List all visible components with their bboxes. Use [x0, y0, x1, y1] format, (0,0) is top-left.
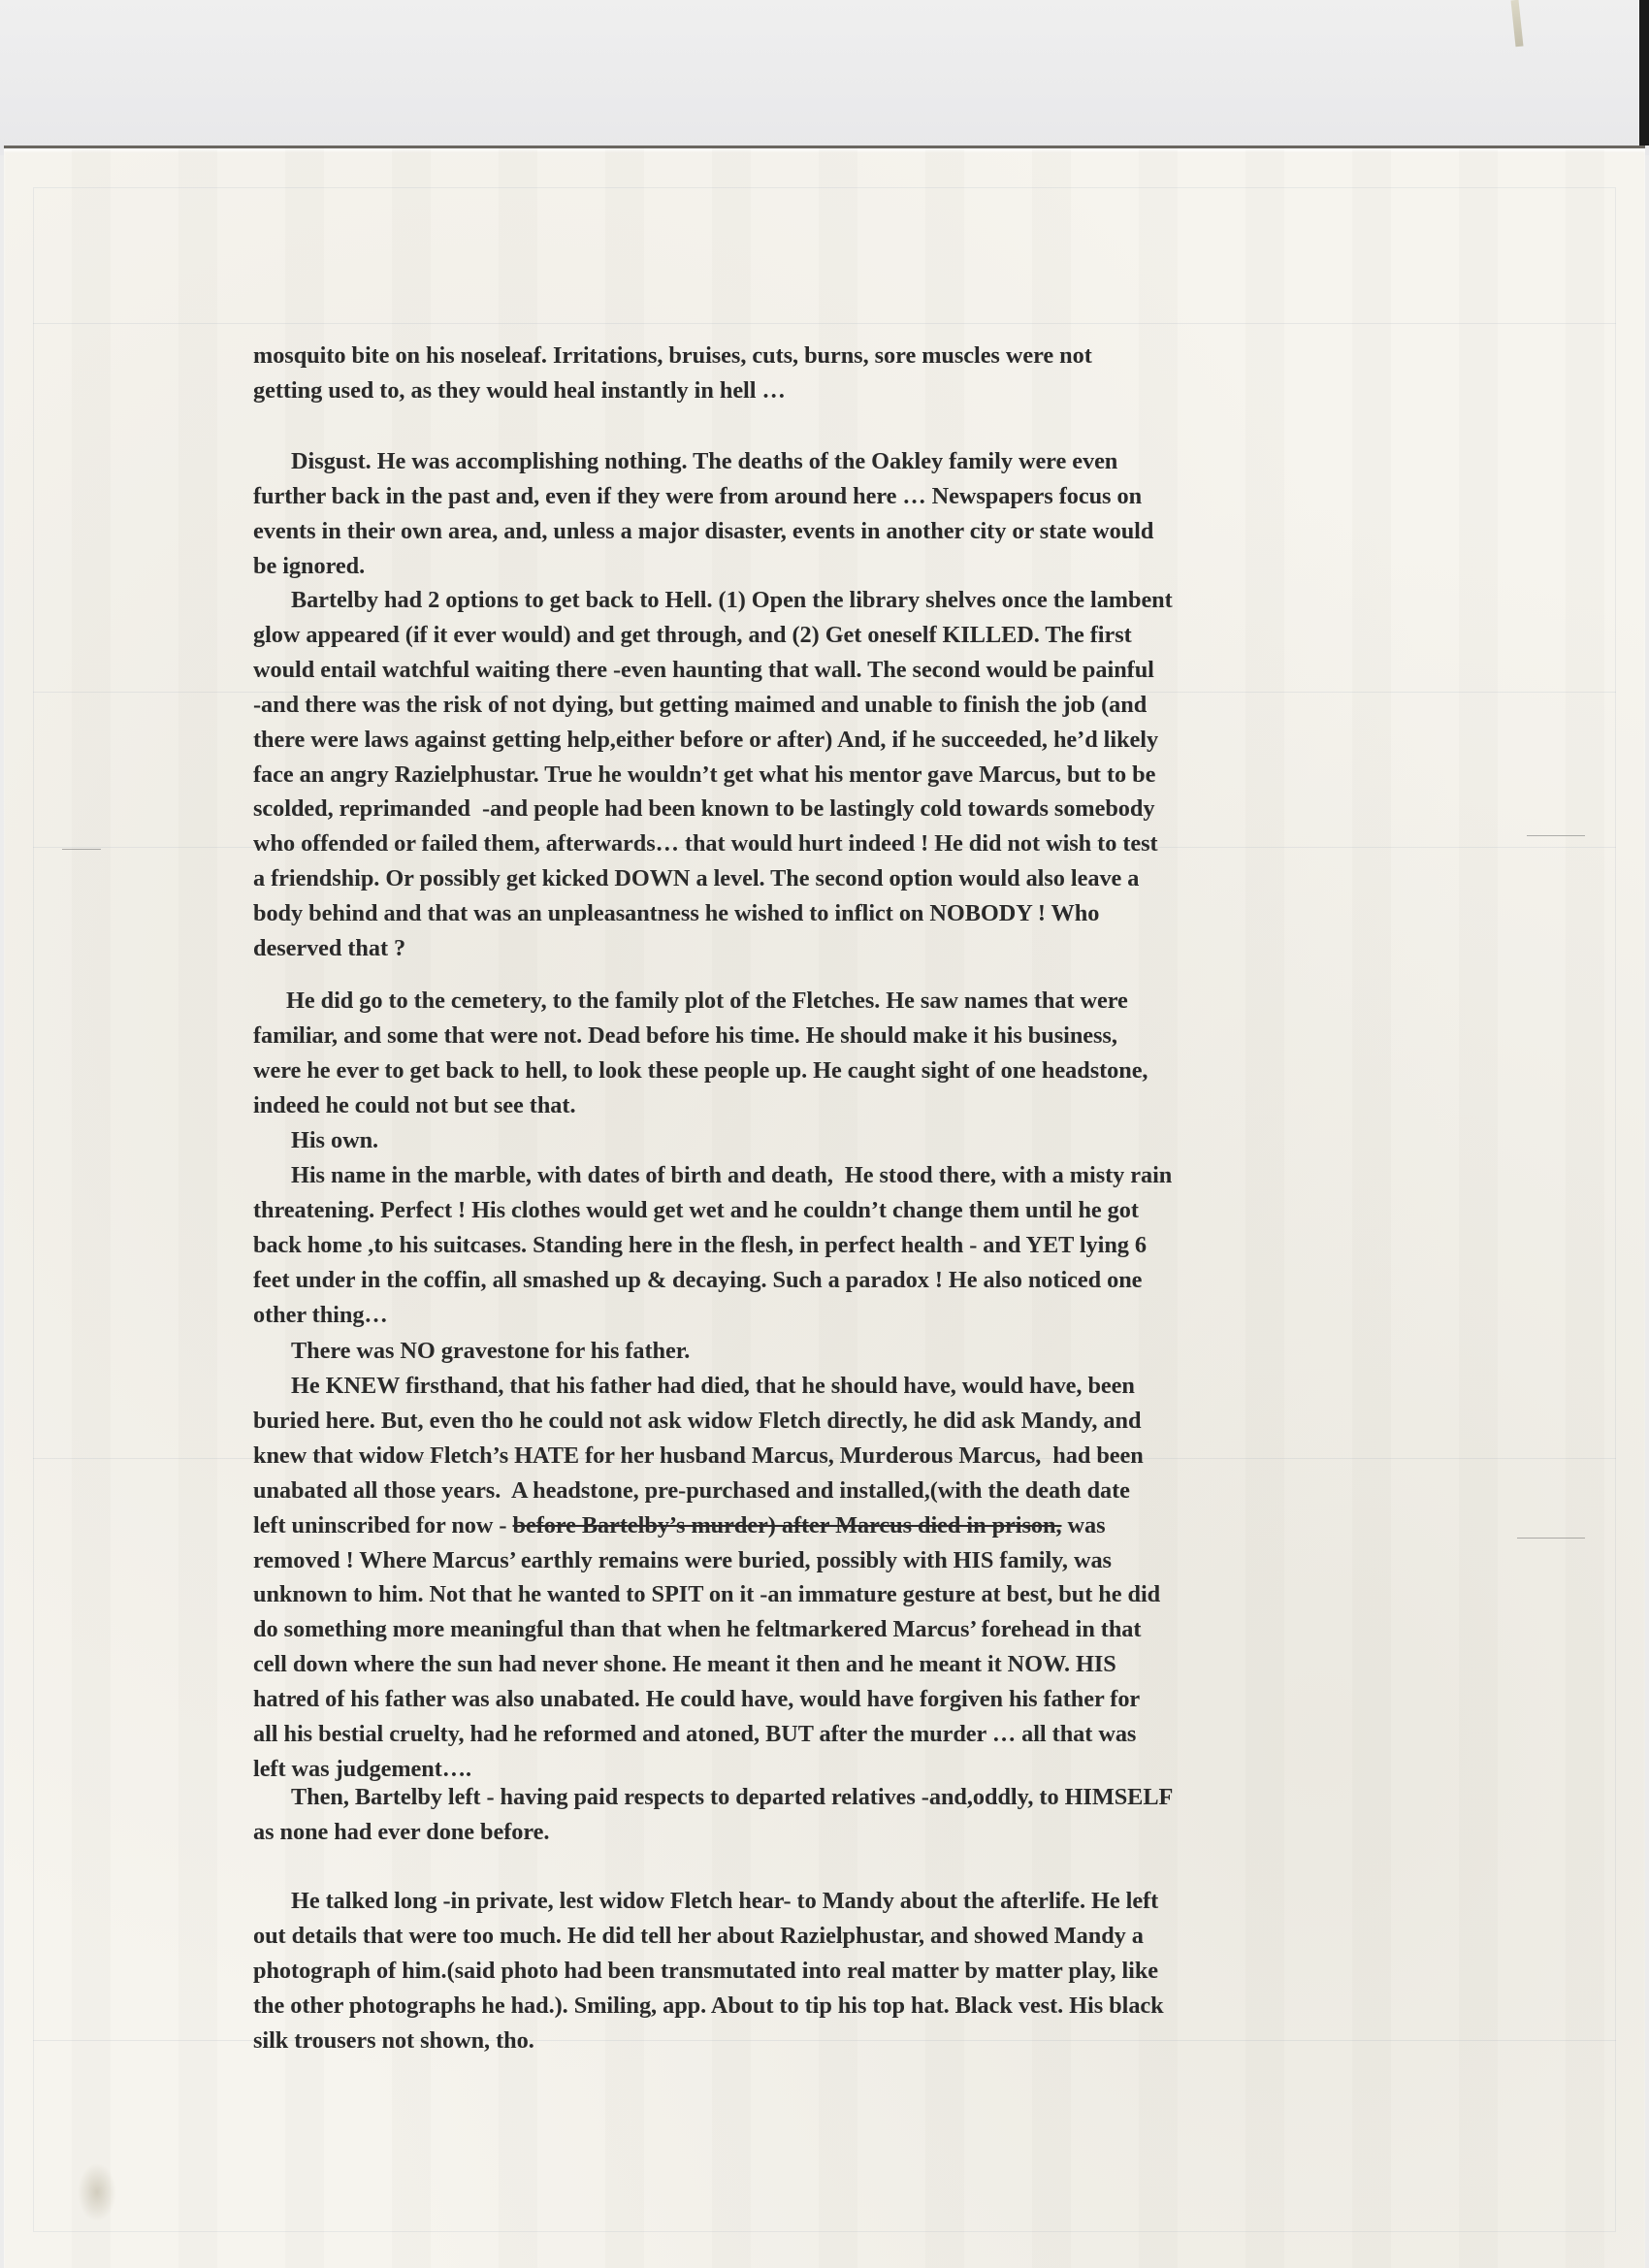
text-line: who offended or failed them, afterwards…… [253, 829, 1158, 859]
text-line: a friendship. Or possibly get kicked DOW… [253, 864, 1139, 893]
text-line: knew that widow Fletch’s HATE for her hu… [253, 1442, 1144, 1471]
text-line: He talked long -in private, lest widow F… [291, 1887, 1158, 1916]
text-line: His name in the marble, with dates of bi… [291, 1161, 1172, 1190]
text-line: getting used to, as they would heal inst… [253, 376, 786, 405]
text-line: do something more meaningful than that w… [253, 1615, 1141, 1644]
text-segment: was [1061, 1512, 1105, 1539]
text-line: familiar, and some that were not. Dead b… [253, 1021, 1117, 1051]
text-line: out details that were too much. He did t… [253, 1922, 1144, 1951]
text-line: other thing… [253, 1301, 388, 1330]
text-line: He did go to the cemetery, to the family… [286, 987, 1128, 1016]
text-line: threatening. Perfect ! His clothes would… [253, 1196, 1139, 1225]
manuscript-body: mosquito bite on his noseleaf. Irritatio… [0, 0, 1649, 2268]
text-line: were he ever to get back to hell, to loo… [253, 1056, 1148, 1085]
text-line: He KNEW firsthand, that his father had d… [291, 1372, 1135, 1401]
text-line: -and there was the risk of not dying, bu… [253, 691, 1147, 720]
text-line: removed ! Where Marcus’ earthly remains … [253, 1546, 1112, 1575]
text-line: photograph of him.(said photo had been t… [253, 1957, 1158, 1986]
text-line: hatred of his father was also unabated. … [253, 1685, 1140, 1714]
text-line: unknown to him. Not that he wanted to SP… [253, 1580, 1160, 1609]
text-line: silk trousers not shown, tho. [253, 2026, 534, 2056]
text-line: the other photographs he had.). Smiling,… [253, 1992, 1164, 2021]
text-line: body behind and that was an unpleasantne… [253, 899, 1099, 928]
text-line: scolded, reprimanded -and people had bee… [253, 794, 1154, 824]
text-line: deserved that ? [253, 934, 405, 963]
text-line: glow appeared (if it ever would) and get… [253, 621, 1132, 650]
text-line: back home ,to his suitcases. Standing he… [253, 1231, 1147, 1260]
text-line: There was NO gravestone for his father. [291, 1337, 690, 1366]
text-line: left was judgement…. [253, 1755, 471, 1784]
text-line: would entail watchful waiting there -eve… [253, 656, 1154, 685]
text-line: His own. [291, 1126, 378, 1155]
text-line: indeed he could not but see that. [253, 1091, 575, 1120]
text-line: as none had ever done before. [253, 1818, 549, 1847]
text-line: cell down where the sun had never shone.… [253, 1650, 1116, 1679]
text-line: be ignored. [253, 552, 365, 581]
text-line: Bartelby had 2 options to get back to He… [291, 586, 1173, 615]
text-line: feet under in the coffin, all smashed up… [253, 1266, 1142, 1295]
text-line: mosquito bite on his noseleaf. Irritatio… [253, 341, 1092, 371]
text-line: unabated all those years. A headstone, p… [253, 1476, 1130, 1506]
text-line: further back in the past and, even if th… [253, 482, 1142, 511]
text-line: events in their own area, and, unless a … [253, 517, 1153, 546]
struck-through-text: before Bartelby’s murder) after Marcus d… [513, 1512, 1062, 1539]
text-line: there were laws against getting help,eit… [253, 726, 1158, 755]
text-line: face an angry Razielphustar. True he wou… [253, 761, 1155, 790]
text-line: Then, Bartelby left - having paid respec… [291, 1783, 1173, 1812]
text-line: all his bestial cruelty, had he reformed… [253, 1720, 1136, 1749]
text-line: buried here. But, even tho he could not … [253, 1407, 1141, 1436]
text-line: left uninscribed for now - before Bartel… [253, 1511, 1106, 1540]
text-segment: left uninscribed for now - [253, 1512, 513, 1539]
text-line: Disgust. He was accomplishing nothing. T… [291, 447, 1117, 476]
